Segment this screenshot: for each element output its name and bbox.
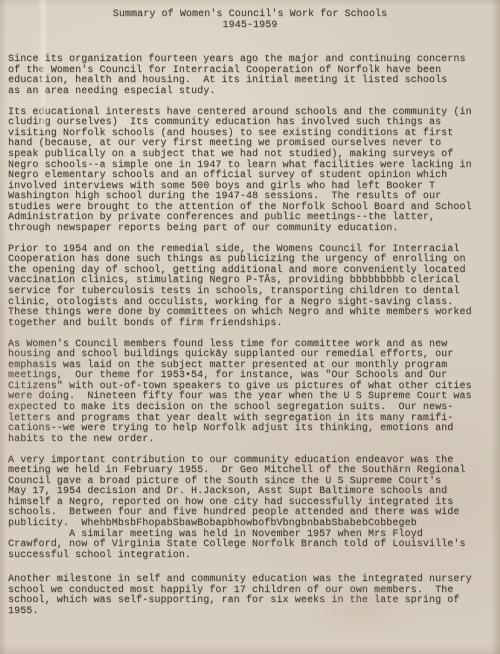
title-block: Summary of Women's Council's Work for Sc… [8,10,492,31]
page-title: Summary of Women's Council's Work for Sc… [8,10,492,21]
page-subtitle: 1945-1959 [8,21,492,32]
paragraph-educational-interests: Its educational interests have centered … [8,108,492,235]
paragraph-intro: Since its organization fourteen years ag… [8,55,492,97]
paragraph-1955-meeting: A very important contribution to our com… [8,456,492,561]
paragraph-remedial-work: Prior to 1954 and on the remedial side, … [8,245,492,329]
document-page: Summary of Women's Council's Work for Sc… [0,0,500,654]
paragraph-program-meetings: As Women's Council members found less ti… [8,340,492,445]
paragraph-nursery-school: Another milestone in self and community … [8,575,492,617]
